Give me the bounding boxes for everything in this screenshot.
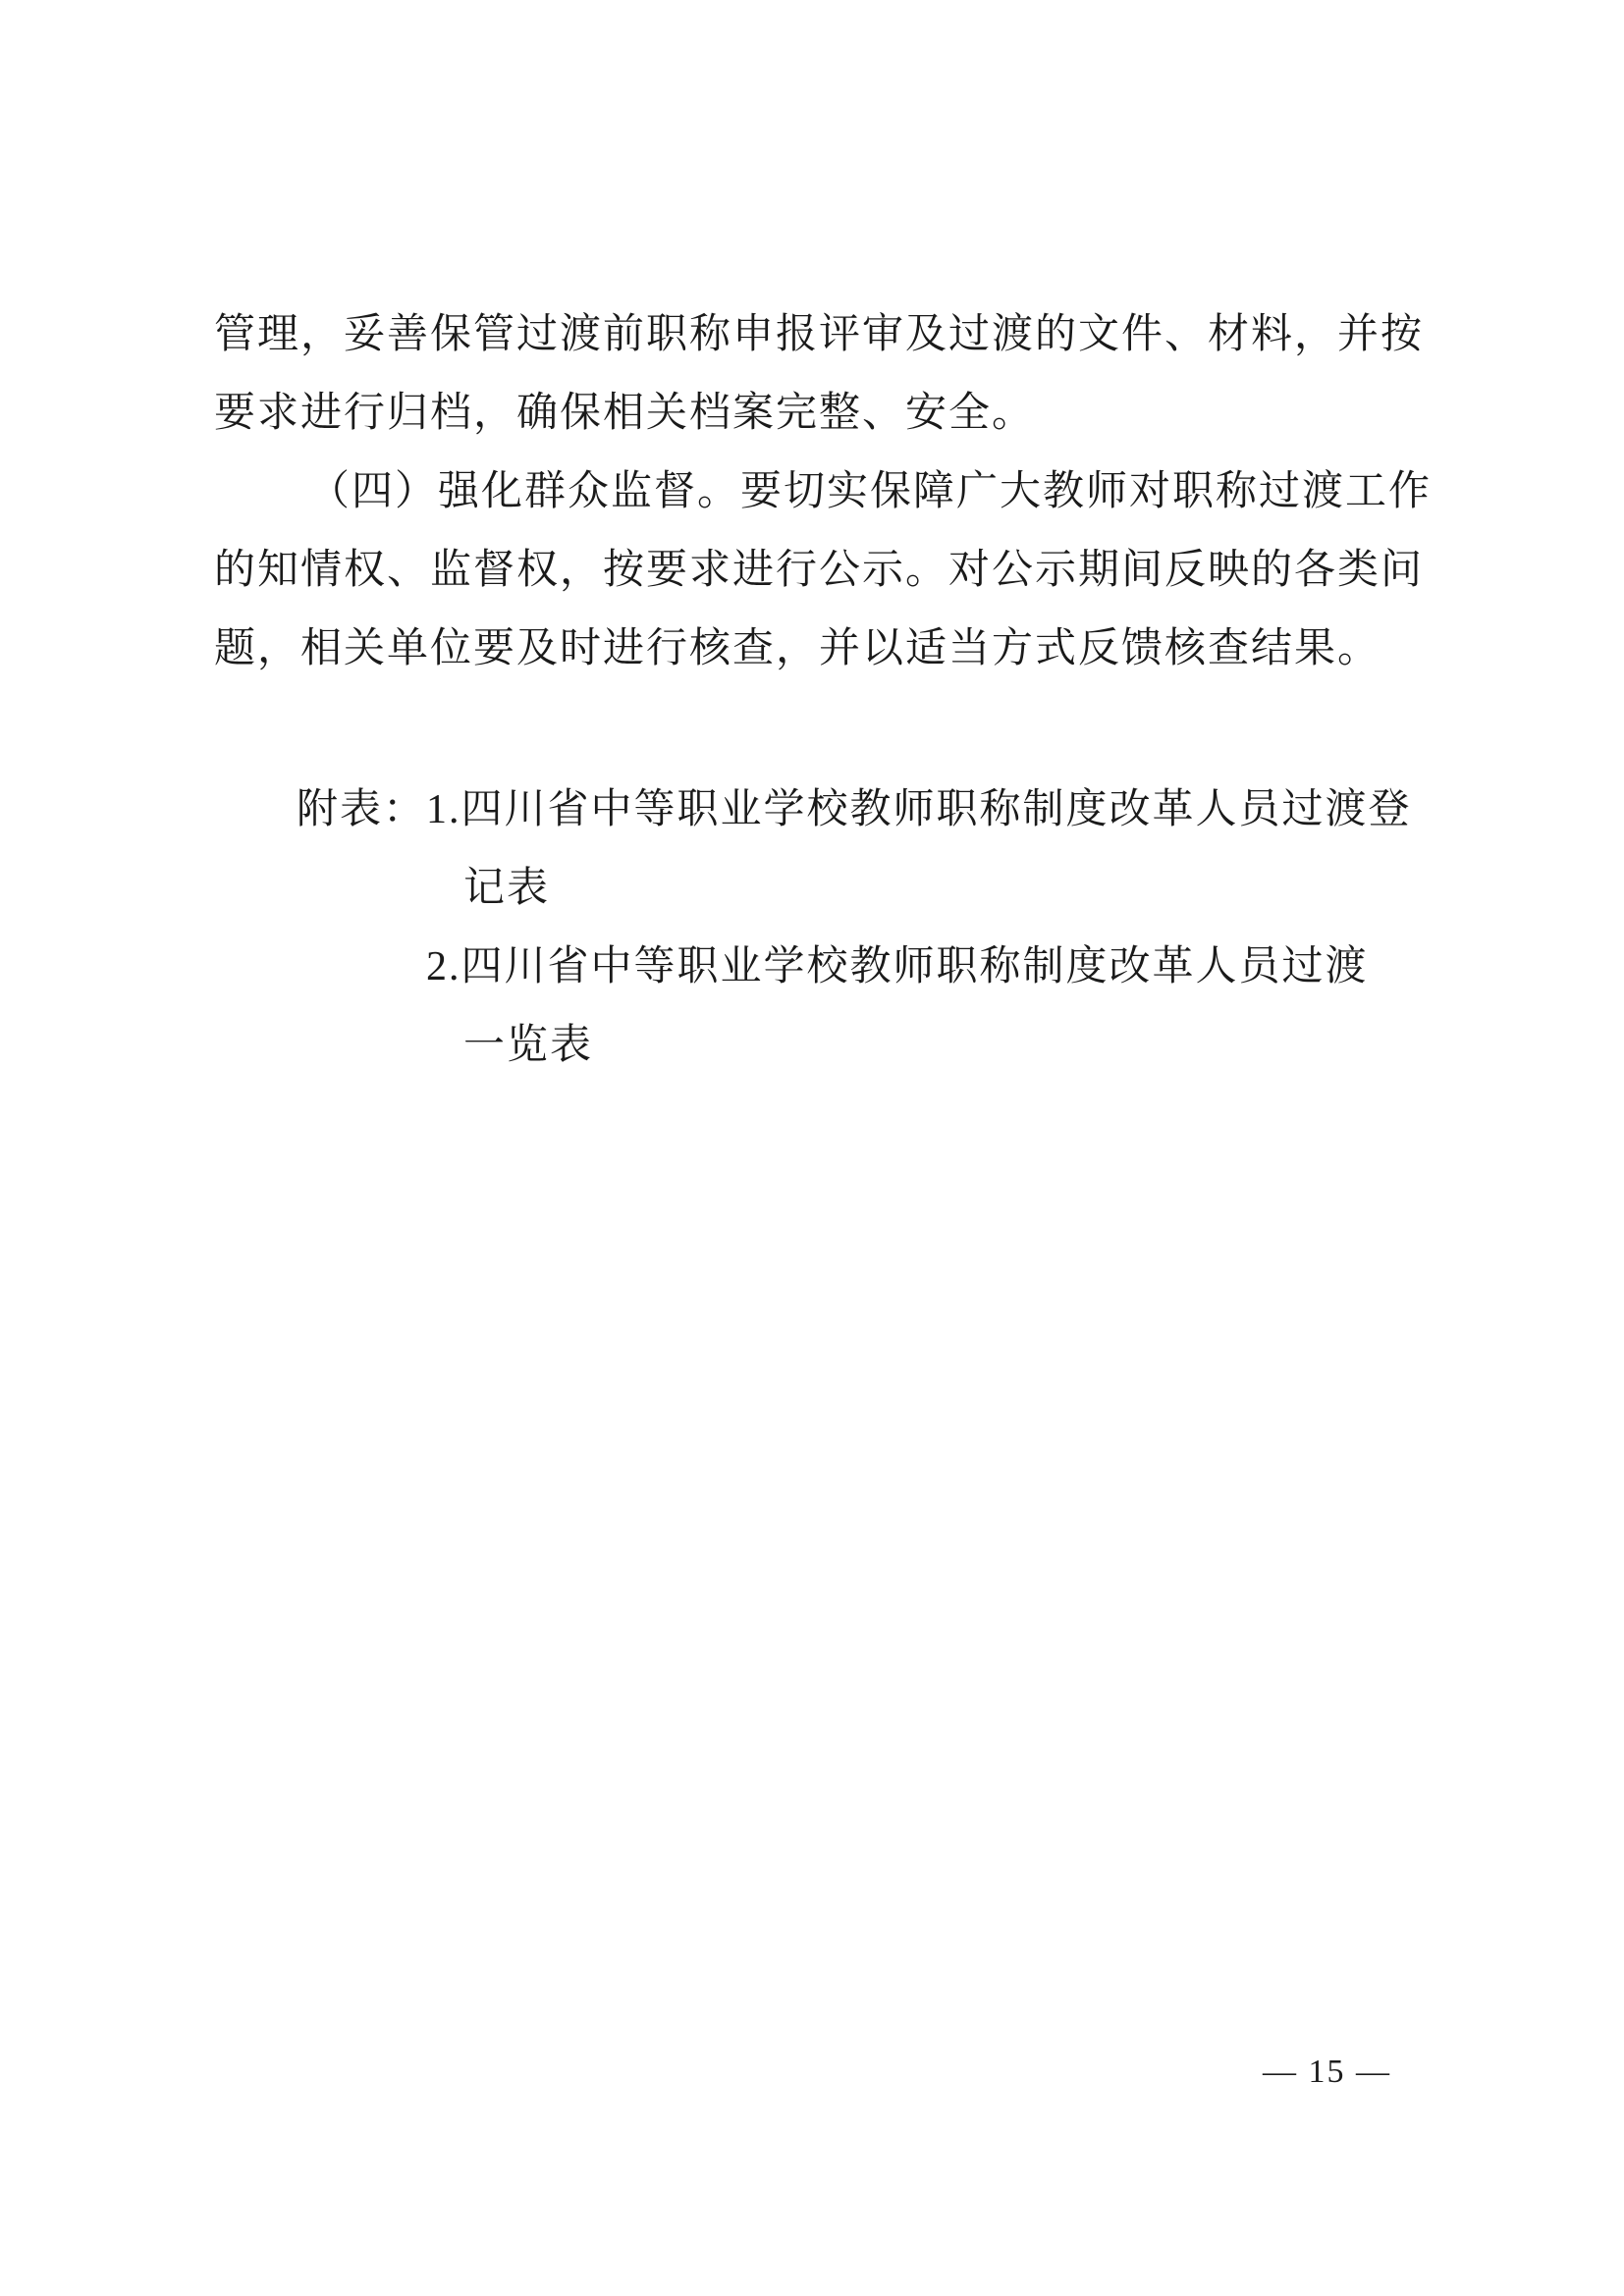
body-line-4: 的知情权、监督权，按要求进行公示。对公示期间反映的各类问	[214, 531, 1490, 610]
attachment-item-1: 1.四川省中等职业学校教师职称制度改革人员过渡登 记表	[426, 771, 1490, 928]
attachment-item-2-line-2: 一览表	[426, 1006, 1490, 1085]
attachment-item-2-line-1: 2.四川省中等职业学校教师职称制度改革人员过渡	[426, 928, 1490, 1006]
section-4-text-start: 要切实保障广大教师对职称过渡工作	[740, 469, 1432, 514]
attachment-item-2-title: 四川省中等职业学校教师职称制度改革人员过渡	[461, 944, 1369, 989]
attachment-item-1-number: 1.	[426, 787, 461, 832]
body-line-3: （四）强化群众监督。要切实保障广大教师对职称过渡工作	[214, 453, 1490, 531]
attachment-item-2-number: 2.	[426, 944, 461, 989]
body-line-5: 题，相关单位要及时进行核查，并以适当方式反馈核查结果。	[214, 610, 1490, 688]
section-4-heading: （四）强化群众监督。	[308, 469, 740, 514]
attachment-items: 1.四川省中等职业学校教师职称制度改革人员过渡登 记表 2.四川省中等职业学校教…	[426, 771, 1490, 1085]
attachment-item-1-line-1: 1.四川省中等职业学校教师职称制度改革人员过渡登	[426, 771, 1490, 849]
attachment-label: 附表：	[297, 771, 426, 849]
attachment-item-2: 2.四川省中等职业学校教师职称制度改革人员过渡 一览表	[426, 928, 1490, 1085]
attachment-item-1-line-2: 记表	[426, 849, 1490, 928]
attachment-item-1-title: 四川省中等职业学校教师职称制度改革人员过渡登	[461, 787, 1412, 832]
body-line-2: 要求进行归档，确保相关档案完整、安全。	[214, 374, 1490, 453]
document-body: 管理，妥善保管过渡前职称申报评审及过渡的文件、材料，并按 要求进行归档，确保相关…	[214, 295, 1490, 1085]
attachment-list: 附表： 1.四川省中等职业学校教师职称制度改革人员过渡登 记表 2.四川省中等职…	[297, 771, 1490, 1085]
body-line-1: 管理，妥善保管过渡前职称申报评审及过渡的文件、材料，并按	[214, 295, 1490, 374]
page-number: — 15 —	[1263, 2053, 1391, 2092]
document-page: 管理，妥善保管过渡前职称申报评审及过渡的文件、材料，并按 要求进行归档，确保相关…	[0, 0, 1624, 2296]
